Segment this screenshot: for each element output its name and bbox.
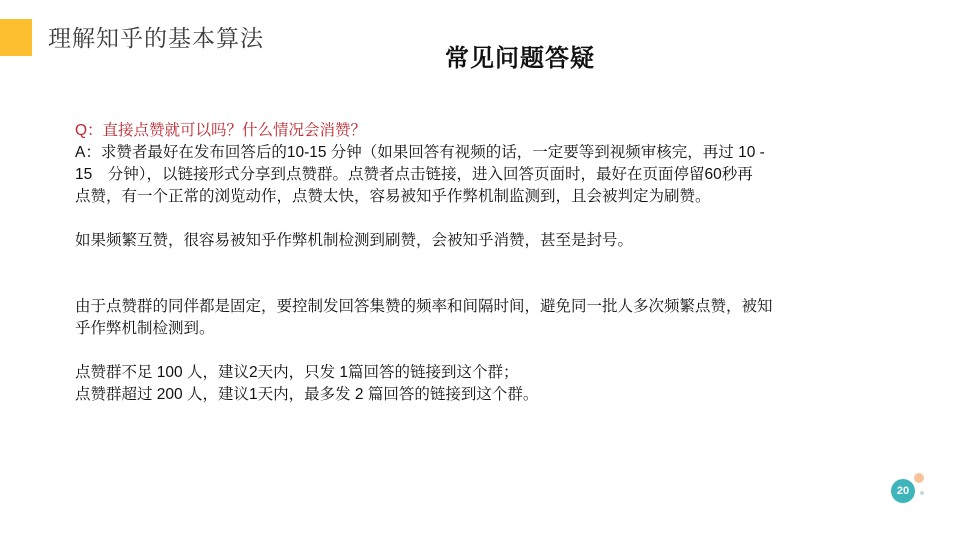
paragraph-frequency-line-2: 乎作弊机制检测到。 [75, 318, 895, 340]
slide-content: Q：直接点赞就可以吗？什么情况会消赞？ A：求赞者最好在发布回答后的10-15 … [75, 120, 895, 406]
page-title: 常见问题答疑 [0, 38, 960, 73]
answer-line-3: 点赞，有一个正常的浏览动作，点赞太快，容易被知乎作弊机制监测到，且会被判定为刷赞… [75, 186, 895, 208]
decorative-dot-orange [914, 473, 924, 483]
decorative-dot-gray [920, 491, 924, 495]
answer-line-2: 15 分钟），以链接形式分享到点赞群。点赞者点击链接，进入回答页面时，最好在页面… [75, 164, 895, 186]
question-text: Q：直接点赞就可以吗？什么情况会消赞？ [75, 120, 895, 142]
paragraph-frequency-line-1: 由于点赞群的同伴都是固定，要控制发回答集赞的频率和间隔时间，避免同一批人多次频繁… [75, 296, 895, 318]
page-number-badge: 20 [891, 479, 915, 503]
rule-under-100: 点赞群不足 100 人，建议2天内，只发 1篇回答的链接到这个群； [75, 362, 895, 384]
paragraph-mutual-likes: 如果频繁互赞，很容易被知乎作弊机制检测到刷赞，会被知乎消赞，甚至是封号。 [75, 230, 895, 252]
rule-over-200: 点赞群超过 200 人，建议1天内，最多发 2 篇回答的链接到这个群。 [75, 384, 895, 406]
answer-line-1: A：求赞者最好在发布回答后的10-15 分钟（如果回答有视频的话，一定要等到视频… [75, 142, 895, 164]
